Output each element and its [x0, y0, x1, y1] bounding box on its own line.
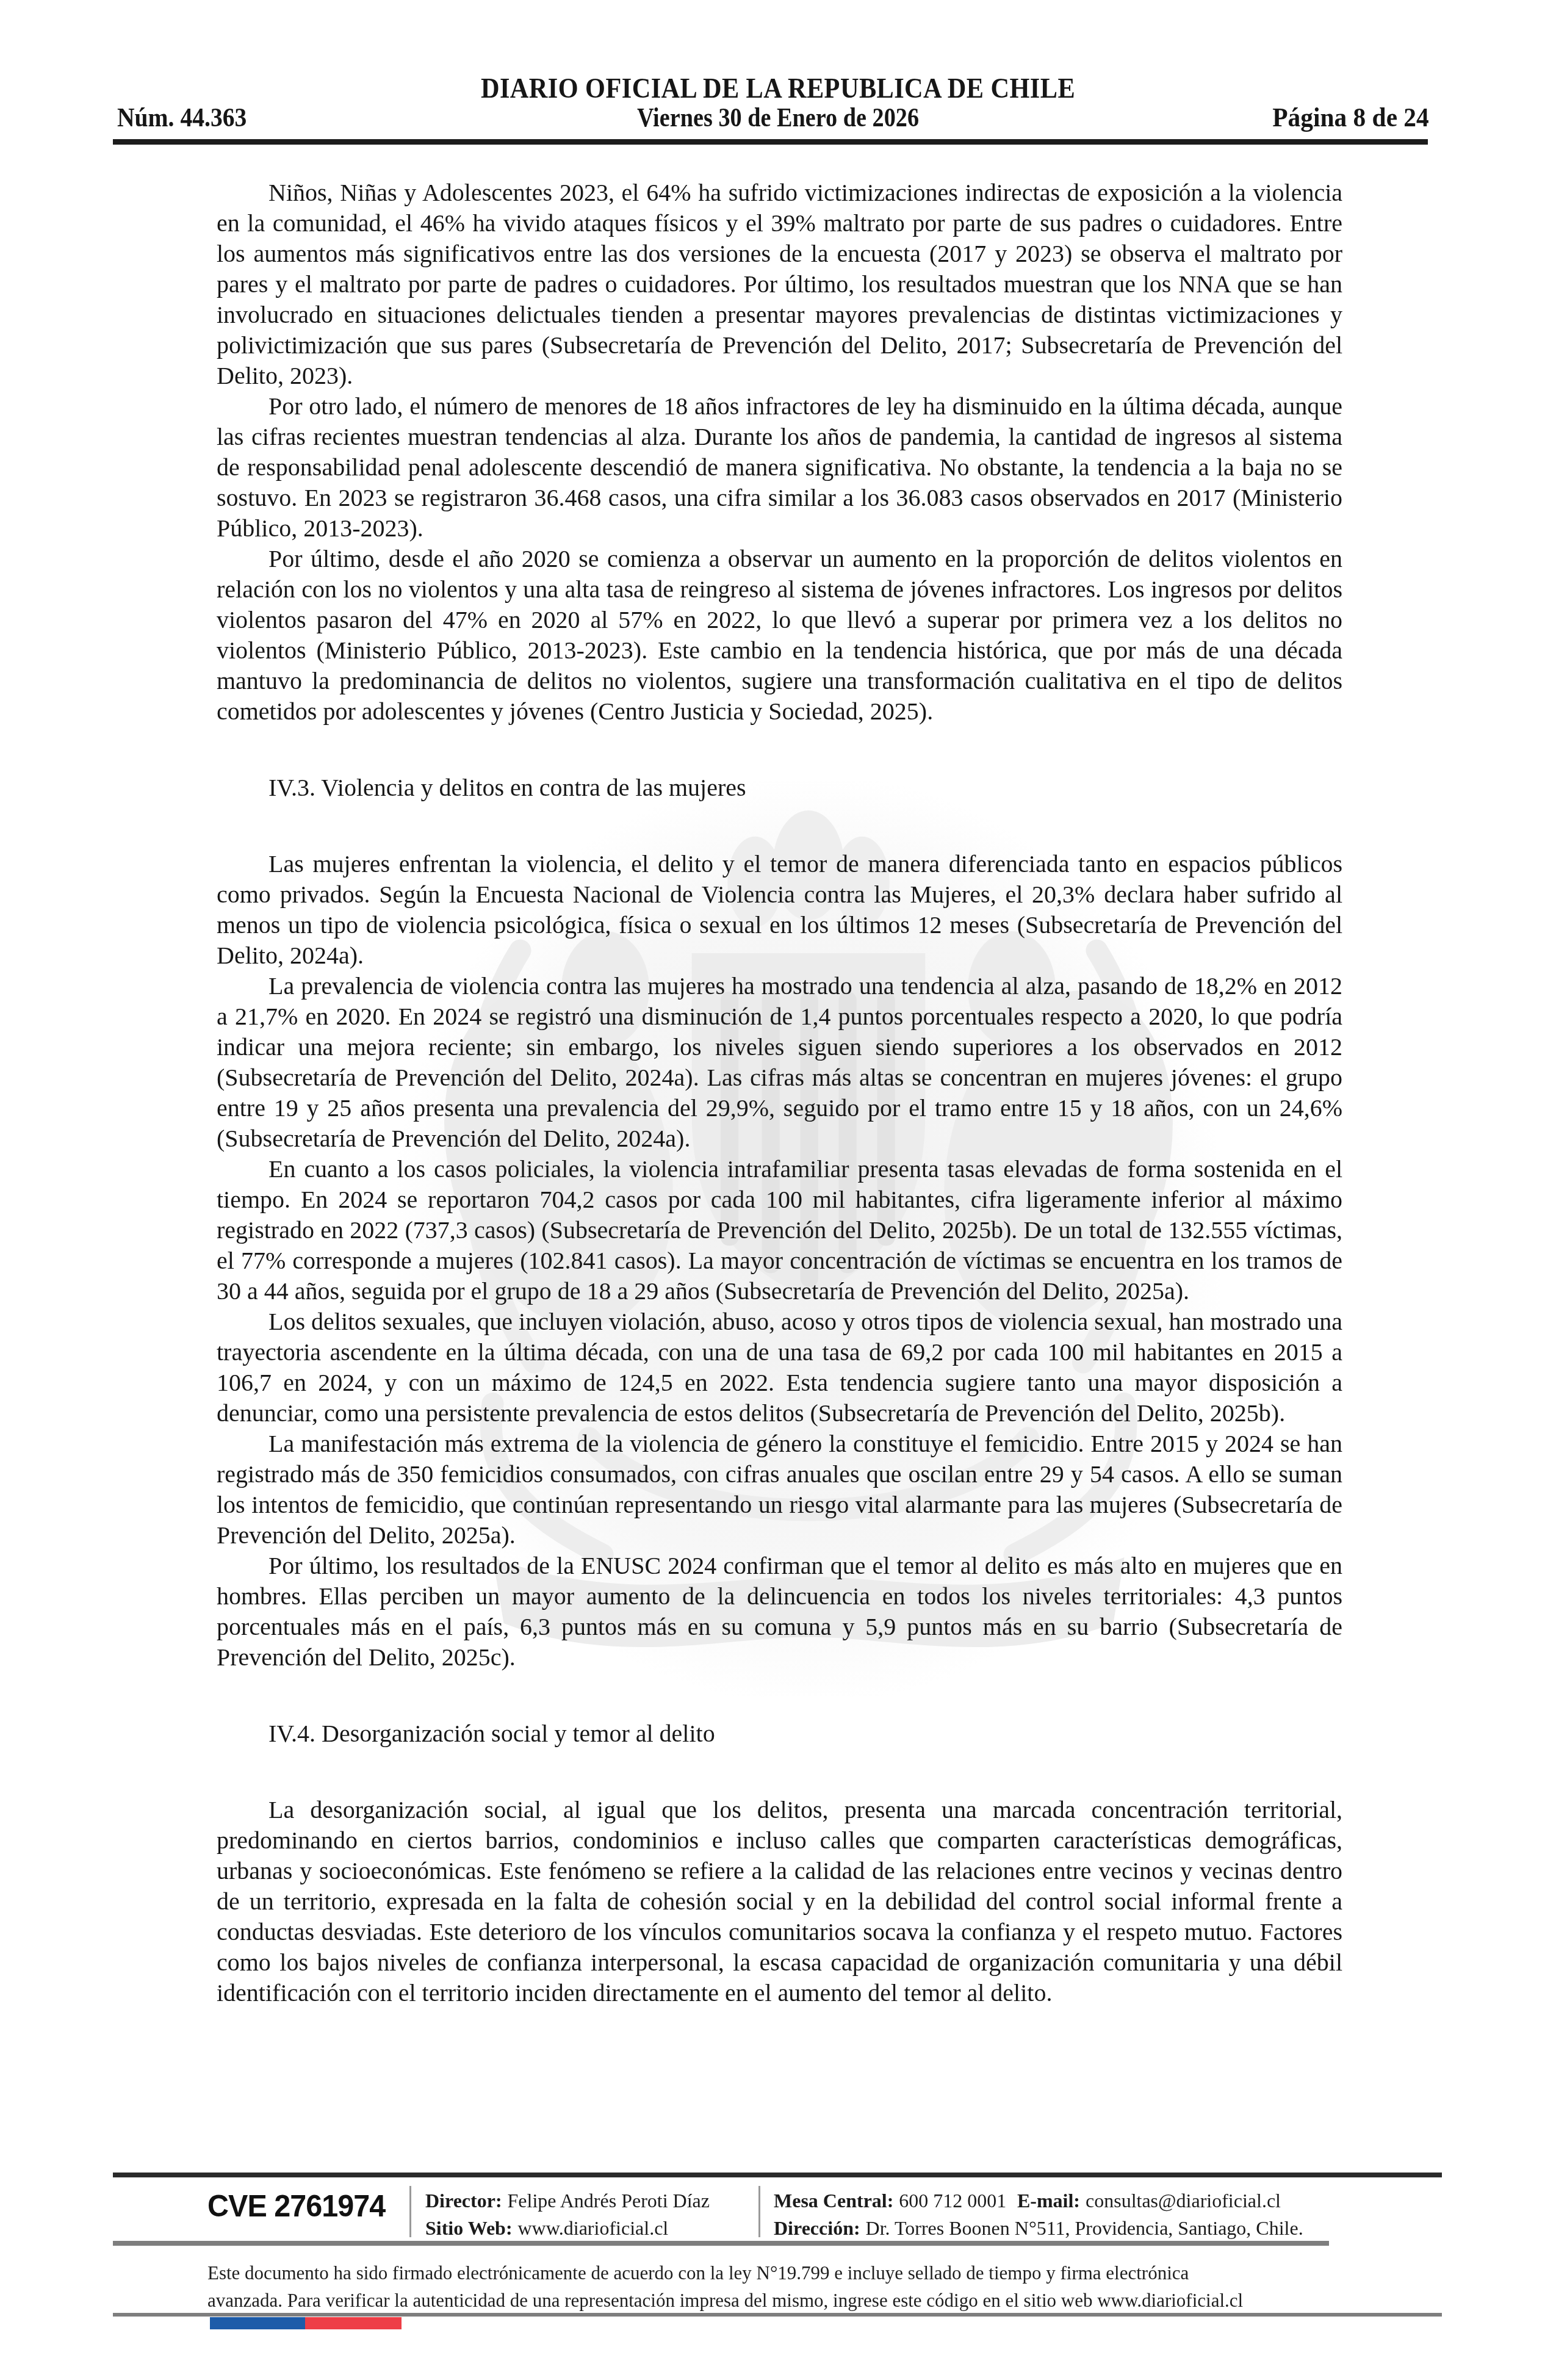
body-paragraph: La manifestación más extrema de la viole… — [217, 1429, 1342, 1551]
section-heading-iv4: IV.4. Desorganización social y temor al … — [217, 1718, 1342, 1749]
address-value: Dr. Torres Boonen N°511, Providencia, Sa… — [866, 2217, 1303, 2239]
legal-line-2: avanzada. Para verificar la autenticidad… — [207, 2287, 1243, 2314]
footer-separator — [409, 2186, 411, 2237]
body-paragraph: Las mujeres enfrentan la violencia, el d… — [217, 849, 1342, 971]
website-label: Sitio Web: — [425, 2217, 513, 2239]
website-link: www.diarioficial.cl — [518, 2217, 669, 2239]
director-name: Felipe Andrés Peroti Díaz — [508, 2190, 710, 2212]
footer-address-line: Dirección:Dr. Torres Boonen N°511, Provi… — [774, 2215, 1314, 2242]
header-rule — [113, 139, 1428, 145]
footer-rule-bottom — [113, 2313, 1442, 2317]
email-address: consultas@diarioficial.cl — [1086, 2190, 1281, 2212]
footer-contact-column: Mesa Central:600 712 0001E-mail:consulta… — [774, 2187, 1314, 2242]
footer-website-line: Sitio Web:www.diarioficial.cl — [425, 2215, 721, 2242]
footer-rule-middle — [113, 2241, 1329, 2246]
legal-line-1: Este documento ha sido firmado electróni… — [207, 2259, 1243, 2287]
address-label: Dirección: — [774, 2217, 860, 2239]
email-label: E-mail: — [1017, 2190, 1080, 2212]
issue-date: Viernes 30 de Enero de 2026 — [117, 104, 1439, 131]
body-paragraph: La desorganización social, al igual que … — [217, 1795, 1342, 2008]
body-paragraph: Los delitos sexuales, que incluyen viola… — [217, 1307, 1342, 1429]
gazette-page: DIARIO OFICIAL DE LA REPUBLICA DE CHILE … — [0, 0, 1556, 2380]
footer-rule-top — [113, 2173, 1442, 2177]
article-body: Niños, Niñas y Adolescentes 2023, el 64%… — [217, 178, 1342, 2008]
phone-number: 600 712 0001 — [899, 2190, 1006, 2212]
chile-flag-red-bar — [305, 2317, 402, 2329]
director-label: Director: — [425, 2190, 502, 2212]
body-paragraph: En cuanto a los casos policiales, la vio… — [217, 1154, 1342, 1307]
footer-phone-email-line: Mesa Central:600 712 0001E-mail:consulta… — [774, 2187, 1314, 2215]
cve-code: CVE 2761974 — [207, 2191, 385, 2221]
legal-notice: Este documento ha sido firmado electróni… — [207, 2259, 1243, 2314]
footer-director-line: Director:Felipe Andrés Peroti Díaz — [425, 2187, 721, 2215]
section-heading-iv3: IV.3. Violencia y delitos en contra de l… — [217, 773, 1342, 803]
body-paragraph: La prevalencia de violencia contra las m… — [217, 971, 1342, 1154]
footer-director-column: Director:Felipe Andrés Peroti Díaz Sitio… — [425, 2187, 721, 2242]
body-paragraph: Por otro lado, el número de menores de 1… — [217, 391, 1342, 544]
body-paragraph: Por último, los resultados de la ENUSC 2… — [217, 1551, 1342, 1673]
chile-flag-blue-bar — [210, 2317, 305, 2329]
page-indicator: Página 8 de 24 — [1273, 104, 1429, 131]
body-paragraph: Niños, Niñas y Adolescentes 2023, el 64%… — [217, 178, 1342, 391]
footer-separator — [758, 2186, 760, 2237]
phone-label: Mesa Central: — [774, 2190, 893, 2212]
body-paragraph: Por último, desde el año 2020 se comienz… — [217, 544, 1342, 727]
publication-title: DIARIO OFICIAL DE LA REPUBLICA DE CHILE — [78, 74, 1479, 103]
